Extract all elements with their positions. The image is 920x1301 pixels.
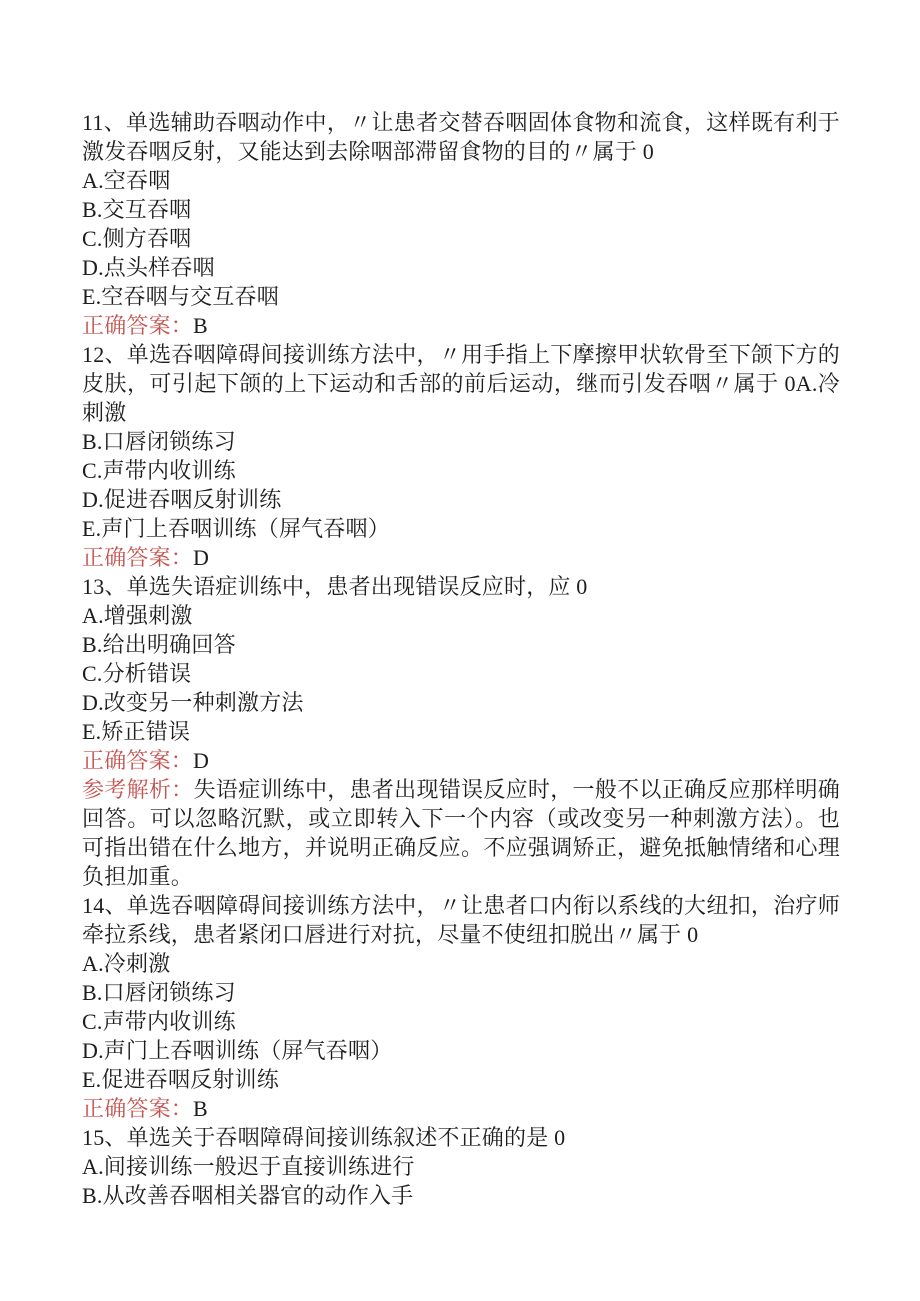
question-option: E.矫正错误 [82,717,840,746]
question-number: 13、 [82,574,127,599]
question-stem: 13、单选失语症训练中，患者出现错误反应时，应 0 [82,572,840,601]
question-option: A.空吞咽 [82,166,840,195]
question-option: C.分析错误 [82,659,840,688]
question-block: 15、单选关于吞咽障碍间接训练叙述不正确的是 0A.间接训练一般迟于直接训练进行… [82,1123,840,1210]
question-option: E.声门上吞咽训练（屏气吞咽） [82,514,840,543]
question-option: D.改变另一种刺激方法 [82,688,840,717]
question-option: D.促进吞咽反射训练 [82,485,840,514]
exam-document-page: 11、单选辅助吞咽动作中，〃让患者交替吞咽固体食物和流食，这样既有利于激发吞咽反… [0,0,920,1301]
question-block: 11、单选辅助吞咽动作中，〃让患者交替吞咽固体食物和流食，这样既有利于激发吞咽反… [82,108,840,340]
question-option: C.声带内收训练 [82,456,840,485]
answer-line: 正确答案：D [82,746,840,775]
question-option: B.交互吞咽 [82,195,840,224]
answer-value: D [193,545,209,570]
question-option: A.冷刺激 [82,949,840,978]
question-number: 12、 [82,342,127,367]
question-option: B.给出明确回答 [82,630,840,659]
answer-label: 正确答案： [82,1096,193,1121]
question-option: C.侧方吞咽 [82,224,840,253]
answer-value: B [193,1096,208,1121]
question-stem-text: 单选失语症训练中，患者出现错误反应时，应 0 [127,574,588,599]
answer-label: 正确答案： [82,545,193,570]
question-stem-text: 单选辅助吞咽动作中，〃让患者交替吞咽固体食物和流食，这样既有利于激发吞咽反射，又… [82,110,840,164]
question-number: 15、 [82,1125,127,1150]
question-option: D.点头样吞咽 [82,253,840,282]
answer-label: 正确答案： [82,748,193,773]
question-stem: 15、单选关于吞咽障碍间接训练叙述不正确的是 0 [82,1123,840,1152]
question-option: B.口唇闭锁练习 [82,427,840,456]
question-option: E.促进吞咽反射训练 [82,1065,840,1094]
explanation-label: 参考解析： [82,777,193,802]
answer-label: 正确答案： [82,313,193,338]
question-option: A.增强刺激 [82,601,840,630]
question-stem-text: 单选吞咽障碍间接训练方法中，〃用手指上下摩擦甲状软骨至下颌下方的皮肤，可引起下颌… [82,342,840,425]
question-stem: 14、单选吞咽障碍间接训练方法中，〃让患者口内衔以系线的大纽扣，治疗师牵拉系线，… [82,891,840,949]
answer-line: 正确答案：B [82,1094,840,1123]
explanation-text: 失语症训练中，患者出现错误反应时，一般不以正确反应那样明确回答。可以忽略沉默，或… [82,777,840,889]
question-block: 12、单选吞咽障碍间接训练方法中，〃用手指上下摩擦甲状软骨至下颌下方的皮肤，可引… [82,340,840,572]
question-option: B.口唇闭锁练习 [82,978,840,1007]
question-option: B.从改善吞咽相关器官的动作入手 [82,1181,840,1210]
question-option: D.声门上吞咽训练（屏气吞咽） [82,1036,840,1065]
answer-value: D [193,748,209,773]
question-block: 14、单选吞咽障碍间接训练方法中，〃让患者口内衔以系线的大纽扣，治疗师牵拉系线，… [82,891,840,1123]
question-stem: 12、单选吞咽障碍间接训练方法中，〃用手指上下摩擦甲状软骨至下颌下方的皮肤，可引… [82,340,840,427]
question-stem: 11、单选辅助吞咽动作中，〃让患者交替吞咽固体食物和流食，这样既有利于激发吞咽反… [82,108,840,166]
question-number: 11、 [82,110,126,135]
question-block: 13、单选失语症训练中，患者出现错误反应时，应 0A.增强刺激B.给出明确回答C… [82,572,840,891]
question-stem-text: 单选吞咽障碍间接训练方法中，〃让患者口内衔以系线的大纽扣，治疗师牵拉系线，患者紧… [82,893,840,947]
answer-line: 正确答案：B [82,311,840,340]
question-option: C.声带内收训练 [82,1007,840,1036]
question-stem-text: 单选关于吞咽障碍间接训练叙述不正确的是 0 [127,1125,566,1150]
question-option: E.空吞咽与交互吞咽 [82,282,840,311]
question-number: 14、 [82,893,127,918]
answer-line: 正确答案：D [82,543,840,572]
question-option: A.间接训练一般迟于直接训练进行 [82,1152,840,1181]
question-list: 11、单选辅助吞咽动作中，〃让患者交替吞咽固体食物和流食，这样既有利于激发吞咽反… [82,108,840,1210]
explanation-line: 参考解析：失语症训练中，患者出现错误反应时，一般不以正确反应那样明确回答。可以忽… [82,775,840,891]
answer-value: B [193,313,208,338]
